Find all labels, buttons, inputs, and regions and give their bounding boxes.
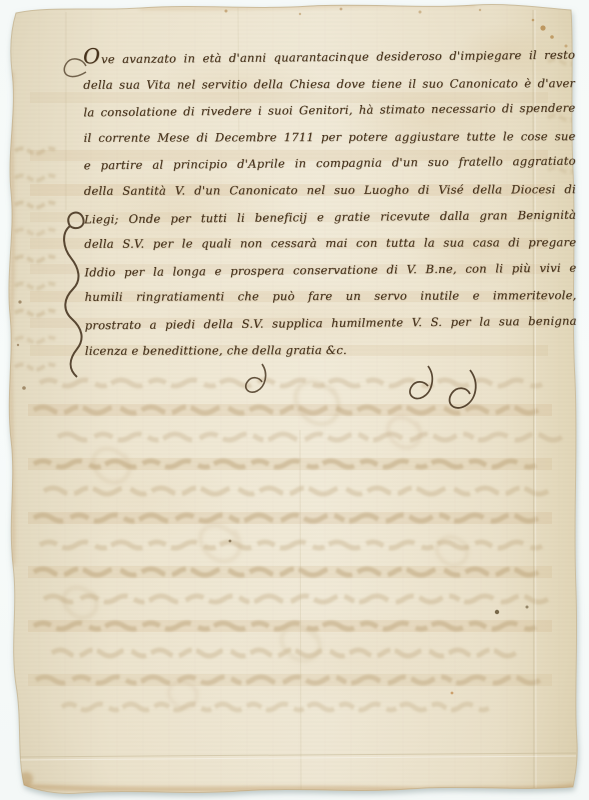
manuscript-line: Ove avanzato in età d'anni quarantacinqu… [83,42,575,73]
manuscript-line: della sua Vita nel servitio della Chiesa… [83,70,575,98]
manuscript-line: prostrato a piedi della S.V. supplica hu… [85,308,577,339]
manuscript-line: della S.V. per le quali non cessarà mai … [84,229,576,257]
manuscript-line: e partire al principio d'Aprile in compa… [84,148,576,179]
manuscript-line: Iddio per la longa e prospera conservati… [84,254,576,285]
scanned-document: Ove avanzato in età d'anni quarantacinqu… [0,0,589,800]
manuscript-line: il corrente Mese di Decembre 1711 per po… [84,123,576,151]
manuscript-line: Liegi; Onde per tutti li beneficij e gra… [84,201,576,232]
manuscript-line: della Santità V. d'un Canonicato nel suo… [84,176,576,204]
manuscript-line: licenza e benedittione, che della gratia… [85,336,577,364]
manuscript-line: la consolatione di rivedere i suoi Genit… [83,95,575,126]
manuscript-text: Ove avanzato in età d'anni quarantacinqu… [83,43,577,365]
manuscript-line: humili ringratiamenti che può fare un se… [85,282,577,310]
